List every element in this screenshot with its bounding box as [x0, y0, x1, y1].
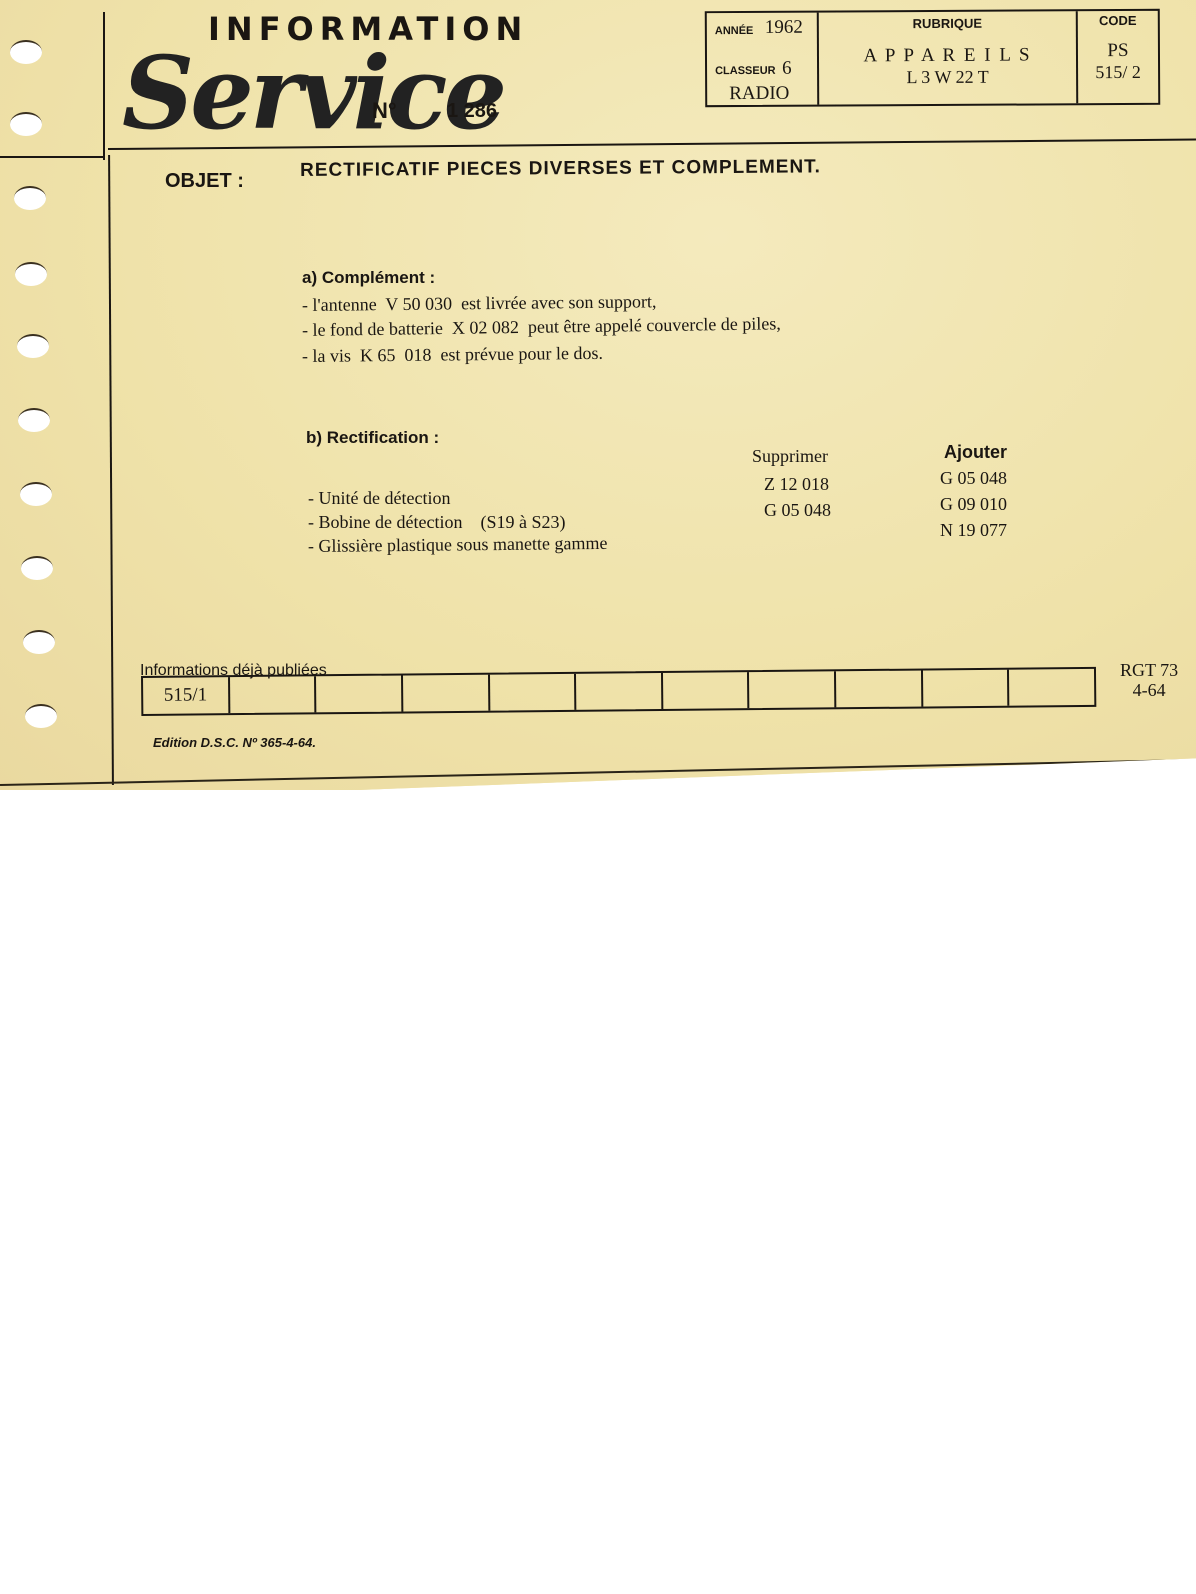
- published-cell: [230, 676, 317, 713]
- rubrique-value: A P P A R E I L S: [819, 44, 1076, 67]
- binder-hole: [10, 40, 42, 64]
- published-cell: [749, 671, 836, 708]
- col-ajouter: Ajouter: [944, 442, 1007, 463]
- published-cell: [1009, 669, 1094, 706]
- binder-hole: [21, 556, 53, 580]
- ajouter-value: G 05 048: [940, 468, 1007, 489]
- complement-line: - le fond de batterie X 02 082 peut être…: [302, 313, 781, 341]
- binder-hole: [20, 482, 52, 506]
- binder-hole: [14, 186, 46, 210]
- rubrique-label: RUBRIQUE: [819, 15, 1076, 31]
- annee-value: 1962: [765, 17, 803, 39]
- ajouter-value: G 09 010: [940, 494, 1007, 515]
- published-cell: [836, 670, 923, 707]
- classeur-value: 6: [782, 58, 792, 80]
- rgt-line1: RGT 73: [1120, 660, 1178, 680]
- published-cell: [403, 675, 490, 712]
- number-value: 1 286: [447, 100, 497, 123]
- brand-service: Service: [122, 34, 503, 152]
- rgt-reference: RGT 73 4-64: [1120, 660, 1178, 700]
- category: RADIO: [729, 83, 789, 105]
- edition-note: Edition D.S.C. Nº 365-4-64.: [153, 735, 316, 750]
- classification-box: ANNÉE 1962 CLASSEUR 6 RADIO RUBRIQUE A P…: [705, 9, 1160, 107]
- rectification-title: b) Rectification :: [306, 428, 439, 448]
- published-cell: [576, 673, 663, 710]
- code-label: CODE: [1078, 13, 1158, 28]
- binder-hole: [10, 112, 42, 136]
- col-supprimer: Supprimer: [752, 446, 828, 467]
- published-cell: [316, 675, 403, 712]
- complement-line: - la vis K 65 018 est prévue pour le dos…: [302, 343, 603, 367]
- binder-hole: [15, 262, 47, 286]
- number-label: N°: [372, 98, 397, 124]
- objet-text: RECTIFICATIF PIECES DIVERSES ET COMPLEME…: [300, 156, 821, 182]
- binder-hole: [18, 408, 50, 432]
- complement-line: - l'antenne V 50 030 est livrée avec son…: [302, 291, 657, 316]
- margin-line: [108, 155, 114, 785]
- published-table: 515/1: [141, 667, 1096, 716]
- code-line2: 515/ 2: [1078, 62, 1158, 83]
- published-cell: [490, 674, 577, 711]
- binder-hole: [23, 630, 55, 654]
- published-cell: [923, 670, 1010, 707]
- ajouter-value: N 19 077: [940, 520, 1007, 541]
- objet-label: OBJET :: [165, 170, 244, 193]
- binder-hole: [17, 334, 49, 358]
- rectification-item: - Unité de détection: [308, 488, 450, 509]
- published-cell: [663, 672, 750, 709]
- rectification-item: - Bobine de détection (S19 à S23): [308, 512, 565, 533]
- annee-classeur-cell: ANNÉE 1962 CLASSEUR 6 RADIO: [707, 13, 819, 106]
- service-sheet: INFORMATION Service N° 1 286 ANNÉE 1962 …: [0, 0, 1196, 790]
- published-cell: 515/1: [143, 677, 230, 714]
- sheet-bottom-edge: [0, 759, 1196, 786]
- code-cell: CODE PS 515/ 2: [1078, 11, 1158, 103]
- header-divider: [0, 156, 104, 158]
- supprimer-value: Z 12 018: [764, 474, 829, 495]
- classeur-label: CLASSEUR: [715, 65, 776, 77]
- rgt-line2: 4-64: [1120, 680, 1178, 700]
- supprimer-value: G 05 048: [764, 500, 831, 521]
- margin-line: [103, 12, 105, 160]
- complement-title: a) Complément :: [302, 268, 435, 288]
- annee-label: ANNÉE: [715, 25, 754, 37]
- rubrique-cell: RUBRIQUE A P P A R E I L S L 3 W 22 T: [819, 11, 1078, 104]
- rectification-item: - Glissière plastique sous manette gamme: [308, 533, 608, 557]
- binder-hole: [25, 704, 57, 728]
- model: L 3 W 22 T: [819, 66, 1076, 88]
- code-line1: PS: [1078, 40, 1158, 62]
